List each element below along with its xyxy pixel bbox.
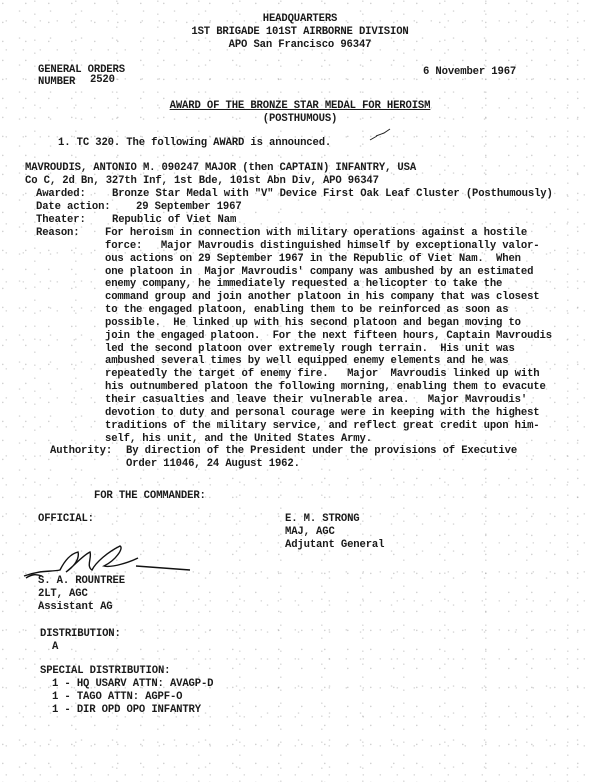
order-number: 2520 — [90, 74, 115, 86]
text-line: For heroism in connection with military … — [105, 227, 552, 240]
theater-label: Theater: — [36, 214, 86, 226]
awarded-label: Awarded: — [36, 188, 86, 200]
text-line: led the second platoon over extremely ro… — [105, 343, 552, 356]
text-line: possible. He linked up with his second p… — [105, 317, 552, 330]
official-title: Assistant AG — [38, 601, 113, 613]
text-line: traditions of the military service, and … — [105, 420, 552, 433]
text-line: force: Major Mavroudis distinguished him… — [105, 240, 552, 253]
distribution-label: DISTRIBUTION: — [40, 628, 121, 640]
number-label: NUMBER — [38, 76, 75, 88]
text-line: By direction of the President under the … — [126, 445, 517, 458]
award-title: AWARD OF THE BRONZE STAR MEDAL FOR HEROI… — [0, 100, 600, 112]
text-line: self, his unit, and the United States Ar… — [105, 433, 552, 446]
text-line: ambushed several times by well equipped … — [105, 355, 552, 368]
recipient-name-line: MAVROUDIS, ANTONIO M. 090247 MAJOR (then… — [25, 162, 416, 174]
order-date: 6 November 1967 — [423, 66, 516, 78]
header-unit: 1ST BRIGADE 101ST AIRBORNE DIVISION — [0, 26, 600, 38]
text-line: enemy company, he immediately requested … — [105, 278, 552, 291]
special-distribution-item: 1 - HQ USARV ATTN: AVAGP-D — [52, 678, 213, 690]
awarded-value: Bronze Star Medal with "V" Device First … — [112, 188, 553, 200]
reason-label: Reason: — [36, 227, 79, 239]
signatory-rank: MAJ, AGC — [285, 526, 335, 538]
signatory-title: Adjutant General — [285, 539, 384, 551]
text-line: their casualties and leave their vulnera… — [105, 394, 552, 407]
special-distribution-item: 1 - DIR OPD OPO INFANTRY — [52, 704, 201, 716]
date-action-value: 29 September 1967 — [136, 201, 242, 213]
text-line: one platoon in Major Mavroudis' company … — [105, 266, 552, 279]
header-apo: APO San Francisco 96347 — [0, 39, 600, 51]
authority-label: Authority: — [50, 445, 112, 457]
text-line: join the engaged platoon. For the next f… — [105, 330, 552, 343]
reason-text: For heroism in connection with military … — [105, 227, 552, 445]
text-line: Order 11046, 24 August 1962. — [126, 458, 517, 471]
special-distribution-item: 1 - TAGO ATTN: AGPF-O — [52, 691, 182, 703]
text-line: devotion to duty and personal courage we… — [105, 407, 552, 420]
text-line: his outnumbered platoon the following mo… — [105, 381, 552, 394]
official-label: OFFICIAL: — [38, 513, 94, 525]
for-the-commander: FOR THE COMMANDER: — [94, 490, 206, 502]
distribution-value: A — [52, 641, 58, 653]
date-action-label: Date action: — [36, 201, 111, 213]
header-headquarters: HEADQUARTERS — [0, 13, 600, 25]
paragraph-1: 1. TC 320. The following AWARD is announ… — [58, 137, 331, 149]
official-name: S. A. ROUNTREE — [38, 575, 125, 587]
text-line: to the engaged platoon, enabling them to… — [105, 304, 552, 317]
pen-mark-icon — [368, 128, 392, 142]
theater-value: Republic of Viet Nam — [112, 214, 236, 226]
text-line: repeatedly the target of enemy fire. Maj… — [105, 368, 552, 381]
signatory-name: E. M. STRONG — [285, 513, 360, 525]
text-line: command group and join another platoon i… — [105, 291, 552, 304]
award-subtitle: (POSTHUMOUS) — [0, 113, 600, 125]
text-line: ous actions on 29 September 1967 in the … — [105, 253, 552, 266]
official-rank: 2LT, AGC — [38, 588, 88, 600]
recipient-unit-line: Co C, 2d Bn, 327th Inf, 1st Bde, 101st A… — [25, 175, 379, 187]
special-distribution-label: SPECIAL DISTRIBUTION: — [40, 665, 170, 677]
authority-text: By direction of the President under the … — [126, 445, 517, 471]
